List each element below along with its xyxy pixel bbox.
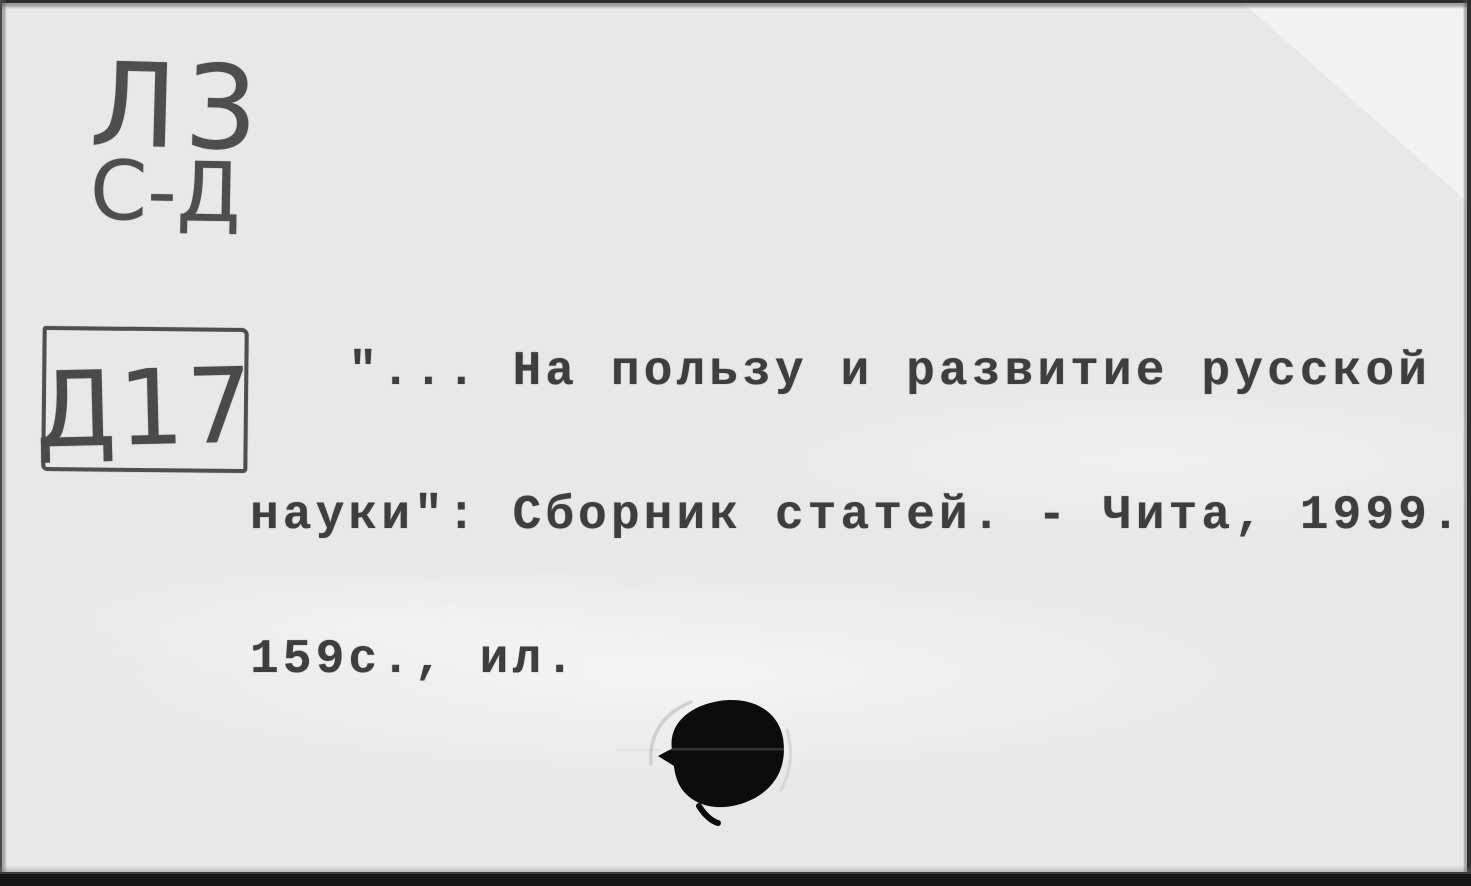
citation-line-1: "... На пользу и развитие русской — [250, 348, 1471, 396]
scan-edge-left — [0, 0, 7, 886]
call-number-box: Д17 — [41, 326, 249, 473]
scan-edge-top — [0, 0, 1471, 9]
typed-citation: "... На пользу и развитие русской науки"… — [250, 252, 1471, 780]
catalog-card: Л3 С-Д Д17 "... На пользу и развитие рус… — [0, 0, 1471, 886]
scan-edge-bottom-band — [0, 870, 1471, 886]
ink-blot-icon — [615, 672, 825, 852]
citation-line-3: 159с., ил. — [250, 636, 1471, 684]
handwritten-call-number: Д17 — [34, 353, 256, 462]
page-corner-highlight — [1240, 0, 1471, 205]
handwritten-range-code: С-Д — [89, 151, 241, 236]
scan-edge-right — [1463, 0, 1471, 886]
citation-line-2: науки": Сборник статей. - Чита, 1999. — [250, 492, 1471, 540]
